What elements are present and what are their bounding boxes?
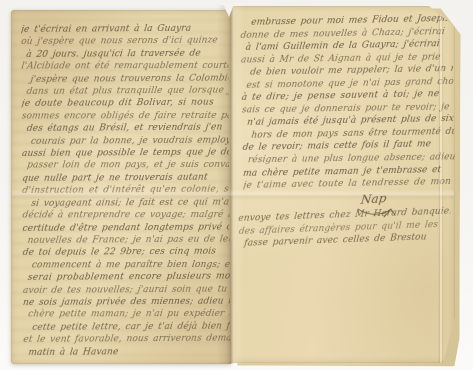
handwritten-line: des étangs au Brésil, et reviendrais j'e…: [26, 122, 230, 136]
signature: Nap: [360, 192, 387, 206]
handwritten-line: décidé à entreprendre ce voyage; malgré …: [22, 209, 231, 222]
handwritten-line: si voyageant ainsi; le fait est ce qui m…: [30, 196, 230, 210]
handwritten-line: l'Alcibiade ont été remarquablement cour…: [21, 60, 229, 73]
handwritten-line: chère petite maman; je n'ai pu expédier …: [27, 308, 230, 321]
handwritten-line: où j'espère que nous serons d'ici quinze: [21, 35, 229, 49]
handwritten-line: et le vent favorable, nous arriverons de…: [22, 333, 230, 347]
handwritten-line: de toi depuis le 22 9bre; ces cinq mois: [22, 246, 231, 260]
handwritten-line: matin à la Havane: [27, 345, 230, 359]
left-page-text: je t'écrirai en arrivant à la Guayraoù j…: [21, 23, 230, 362]
right-page-text: embrasse pour moi mes Fidou et Josephine…: [240, 13, 455, 199]
handwritten-line: passer loin de mon pays, et je suis conv…: [26, 159, 230, 172]
postscript-text: envoye tes lettres chez Mr Herard banqui…: [238, 206, 451, 255]
handwritten-line: je doute beaucoup dit Bolivar, si nous: [21, 97, 229, 111]
handwritten-line: d'instruction et d'intérêt qu'en colonie…: [21, 184, 230, 198]
letter-page-left: je t'écrirai en arrivant à la Guayraoù j…: [11, 10, 231, 364]
photo-of-handwritten-letter: je t'écrirai en arrivant à la Guayraoù j…: [0, 0, 473, 370]
signature-flourish-icon: [355, 205, 401, 219]
handwritten-line: je t'aime avec toute la tendresse de mon…: [242, 176, 455, 193]
handwritten-line: commencent à me paraître bien longs; et …: [31, 259, 230, 272]
letter-page-right: embrasse pour moi mes Fidou et Josephine…: [231, 6, 455, 363]
handwritten-line: serai probablement encore plusieurs mois…: [27, 271, 230, 285]
